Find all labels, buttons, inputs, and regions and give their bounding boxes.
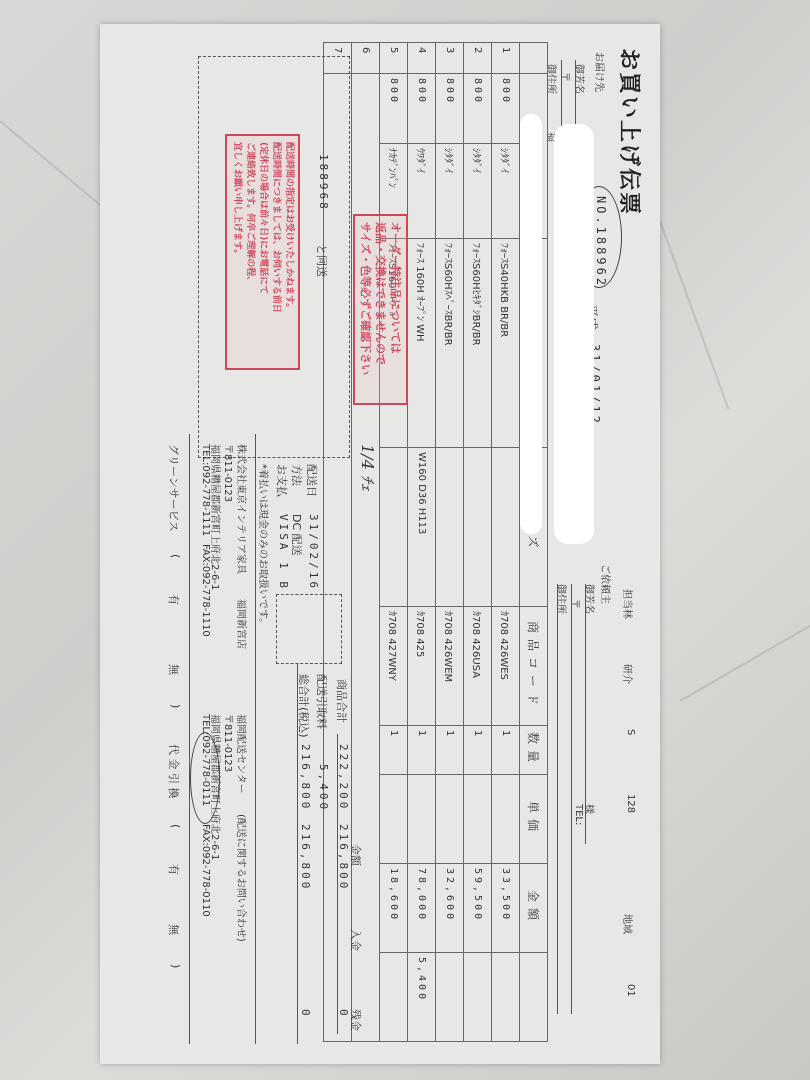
staff-label: 担当林 bbox=[621, 589, 636, 619]
marble-vein bbox=[659, 221, 729, 410]
delivery-method: DC 配送 bbox=[289, 514, 305, 556]
row-product-code: ｶ708 427WNY bbox=[380, 607, 408, 726]
order-stamp: オーダー特注品については 返品・交換はできませんので サイズ・色等必ずご確認下さ… bbox=[353, 214, 408, 405]
row-name: ﾌｫｰｽS60HﾋｷﾀﾞｼBR/BR bbox=[464, 239, 492, 448]
paid-value-1: 216,800 bbox=[337, 824, 350, 891]
row-product-code: ｶ708 426WES bbox=[492, 607, 520, 726]
green-service-yes: 有 bbox=[166, 594, 182, 605]
row-qty: 1 bbox=[380, 726, 408, 775]
stamp-line: 配送時間の指定はお受けいたしかねます。 bbox=[282, 142, 295, 362]
row-product-code: ｶ708 425 bbox=[408, 607, 436, 726]
row-qty: 1 bbox=[492, 726, 520, 775]
center-name: 福岡配送センター bbox=[235, 714, 250, 794]
table-row: 2 800 ｼﾀﾀﾞｲ ﾌｫｰｽS60HﾋｷﾀﾞｼBR/BR ｶ708 426U… bbox=[464, 43, 492, 1042]
row-extra bbox=[436, 953, 464, 1042]
row-no: 6 bbox=[352, 43, 380, 74]
store-postal: 〒811-0123 bbox=[222, 444, 237, 502]
row-no: 3 bbox=[436, 43, 464, 74]
balance-value-2: 0 bbox=[299, 1009, 312, 1019]
row-unit bbox=[464, 775, 492, 864]
payment-method: VISA 1 B bbox=[277, 514, 290, 591]
row-amount: 32,600 bbox=[436, 864, 464, 953]
row-no: 4 bbox=[408, 43, 436, 74]
marble-vein bbox=[680, 610, 810, 702]
row-size bbox=[436, 448, 464, 607]
col-amount: 金額 bbox=[520, 864, 548, 953]
row-no: 1 bbox=[492, 43, 520, 74]
divider bbox=[255, 434, 256, 1044]
subtotal-value: 222,200 bbox=[337, 744, 350, 811]
staff-code-label: S bbox=[625, 729, 636, 735]
cash-note: *着払いは現金のみのお取扱いです。 bbox=[257, 464, 272, 628]
sales-slip: お買い上げ伝票 NO.188962 平成 31/01/12 お届け先 御芳名 〒… bbox=[100, 24, 660, 1064]
table-row: 4 800 ｳﾜﾀﾞｲ ﾌｫｰｽ 160H ｵｰﾌﾟﾝ WH W160 D36 … bbox=[408, 43, 436, 1042]
row-type: ｳﾜﾀﾞｲ bbox=[408, 143, 436, 238]
row-unit bbox=[408, 775, 436, 864]
discount-label: 配送引取料 bbox=[314, 674, 330, 729]
row-qty: 1 bbox=[464, 726, 492, 775]
store-address: 福岡県糟屋郡新宮町上府北2-6-1 bbox=[209, 444, 224, 590]
stamp-line: オーダー特注品については bbox=[388, 222, 403, 397]
row-product-code: ｶ708 426USA bbox=[464, 607, 492, 726]
divider bbox=[557, 584, 558, 1014]
col-unit-price: 単価 bbox=[520, 775, 548, 864]
row-amount: 33,500 bbox=[492, 864, 520, 953]
total-label: 総合計(税込) bbox=[296, 674, 312, 738]
total-value: 216,800 bbox=[299, 744, 312, 811]
balance-header: 残金 bbox=[348, 1009, 364, 1031]
col-product-code: 商品コード bbox=[520, 607, 548, 726]
paid-header: 入金 bbox=[348, 929, 364, 951]
redaction bbox=[554, 124, 594, 544]
green-service-label: グリーンサービス bbox=[166, 444, 182, 532]
stamp-line: サイズ・色等必ずご確認下さい bbox=[358, 222, 373, 397]
table-row: 5 800 ﾅｶﾃﾞﾝﾊﾟﾝ ﾌｫｰｽS160 ﾏｰﾌﾞﾙ ｶ708 427WN… bbox=[380, 43, 408, 1042]
store-tel: TEL:092-778-1111 bbox=[200, 444, 211, 536]
stamp-line: 返品・交換はできませんので bbox=[373, 222, 388, 397]
area-value: 01 bbox=[625, 984, 636, 997]
slip-title: お買い上げ伝票 bbox=[615, 48, 646, 216]
paid-value-2: 216,800 bbox=[299, 824, 312, 891]
delivery-method-label: 方法 bbox=[289, 464, 305, 486]
row-amount: 78,000 bbox=[408, 864, 436, 953]
row-product-code: ｶ708 426WEM bbox=[436, 607, 464, 726]
delivery-to-label: お届け先 bbox=[593, 52, 608, 92]
stamp-line: 配送時間につきましては、お伺いする前日 bbox=[269, 142, 282, 362]
paren: ) bbox=[169, 704, 182, 708]
redaction bbox=[520, 114, 542, 534]
discount-value: 5,400 bbox=[317, 764, 330, 812]
slip-number: NO.188962 bbox=[594, 196, 608, 288]
divider bbox=[571, 584, 572, 1014]
circled-phone bbox=[190, 732, 220, 824]
row-qty: 1 bbox=[408, 726, 436, 775]
row-unit bbox=[380, 775, 408, 864]
row-size: W160 D36 H113 bbox=[408, 448, 436, 607]
paren: ( bbox=[169, 824, 182, 828]
row-extra bbox=[464, 953, 492, 1042]
row-code: 800 bbox=[464, 74, 492, 144]
handwritten-note: 1/4 ﾁｪ bbox=[357, 444, 380, 491]
row-unit bbox=[436, 775, 464, 864]
row-size bbox=[492, 448, 520, 607]
divider bbox=[189, 434, 190, 1044]
table-row: 6 bbox=[352, 43, 380, 1042]
same-as-number: 188968 bbox=[317, 154, 330, 212]
store-name: 株式会社東京インテリア家具 bbox=[235, 444, 250, 574]
delivery-time-stamp: 配送時間の指定はお受けいたしかねます。 配送時間につきましては、お伺いする前日 … bbox=[225, 134, 300, 370]
divider bbox=[337, 734, 338, 1034]
client-tel-label: TEL: bbox=[573, 804, 584, 825]
stamp-line: ご連絡致します。何卒ご理解の程、 bbox=[243, 142, 256, 362]
staff-code: 128 bbox=[625, 794, 636, 813]
row-name: ﾌｫｰｽS60HｽﾍﾟｰｽBR/BR bbox=[436, 239, 464, 448]
client-label: ご依頼主 bbox=[599, 564, 614, 604]
green-service-no: 無 bbox=[166, 664, 182, 675]
slip-content: お買い上げ伝票 NO.188962 平成 31/01/12 お届け先 御芳名 〒… bbox=[100, 24, 660, 1064]
row-type: ｼﾀﾀﾞｲ bbox=[492, 143, 520, 238]
row-extra bbox=[380, 953, 408, 1042]
center-note: (配送に関するお問い合わせ) bbox=[235, 814, 250, 942]
store-fax: FAX:092-778-1110 bbox=[200, 544, 211, 637]
row-amount: 59,500 bbox=[464, 864, 492, 953]
row-size bbox=[380, 448, 408, 607]
balance-value-1: 0 bbox=[337, 1009, 350, 1019]
row-no: 5 bbox=[380, 43, 408, 74]
row-type: ｼﾀﾀﾞｲ bbox=[436, 143, 464, 238]
paren: ) bbox=[169, 964, 182, 968]
col-no bbox=[520, 43, 548, 74]
col-qty: 数量 bbox=[520, 726, 548, 775]
stamp-line: 宜しくお願い申し上げます。 bbox=[230, 142, 243, 362]
row-code: 800 bbox=[492, 74, 520, 144]
divider bbox=[585, 584, 586, 844]
row-no: 2 bbox=[464, 43, 492, 74]
row-name: ﾌｫｰｽ 160H ｵｰﾌﾟﾝ WH bbox=[408, 239, 436, 448]
staff-name: 研介 bbox=[621, 664, 636, 684]
center-fax: FAX:092-778-0110 bbox=[200, 824, 211, 917]
area-label: 地域 bbox=[621, 914, 636, 934]
cod-label: 代 金 引 換 bbox=[166, 744, 182, 799]
row-type: ｼﾀﾀﾞｲ bbox=[464, 143, 492, 238]
row-extra: 5,400 bbox=[408, 953, 436, 1042]
row-code: 800 bbox=[380, 74, 408, 144]
table-row: 3 800 ｼﾀﾀﾞｲ ﾌｫｰｽS60HｽﾍﾟｰｽBR/BR ｶ708 426W… bbox=[436, 43, 464, 1042]
row-qty: 1 bbox=[436, 726, 464, 775]
cod-no: 無 bbox=[166, 924, 182, 935]
items-table: 品名 名称 サイズ 商品コード 数量 単価 金額 1 800 ｼﾀﾀﾞｲ ﾌｫｰ… bbox=[323, 42, 548, 1042]
store-branch: 福岡新宮店 bbox=[235, 599, 250, 649]
center-postal: 〒811-0123 bbox=[222, 714, 237, 772]
row-amount: 18,600 bbox=[380, 864, 408, 953]
delivery-date: 31/02/16 bbox=[307, 514, 320, 591]
paren: ( bbox=[169, 554, 182, 558]
table-row: 1 800 ｼﾀﾀﾞｲ ﾌｫｰｽS40HKB BR/BR ｶ708 426WES… bbox=[492, 43, 520, 1042]
same-as-label: と同送 bbox=[314, 244, 330, 277]
stamp-line: (定休日の場合は前々日)にお電話にて bbox=[256, 142, 269, 362]
payment-label: お支払 bbox=[274, 464, 290, 497]
seal-box bbox=[276, 594, 342, 664]
row-code: 800 bbox=[436, 74, 464, 144]
subtotal-label: 商品合計 bbox=[334, 679, 350, 723]
row-code: 800 bbox=[408, 74, 436, 144]
row-size bbox=[464, 448, 492, 607]
divider bbox=[297, 664, 298, 1044]
cod-yes: 有 bbox=[166, 864, 182, 875]
delivery-date-label: 配送日 bbox=[304, 464, 320, 497]
amount-header: 金額 bbox=[348, 844, 364, 866]
row-extra bbox=[492, 953, 520, 1042]
col-extra bbox=[520, 953, 548, 1042]
row-name: ﾌｫｰｽS40HKB BR/BR bbox=[492, 239, 520, 448]
row-unit bbox=[492, 775, 520, 864]
